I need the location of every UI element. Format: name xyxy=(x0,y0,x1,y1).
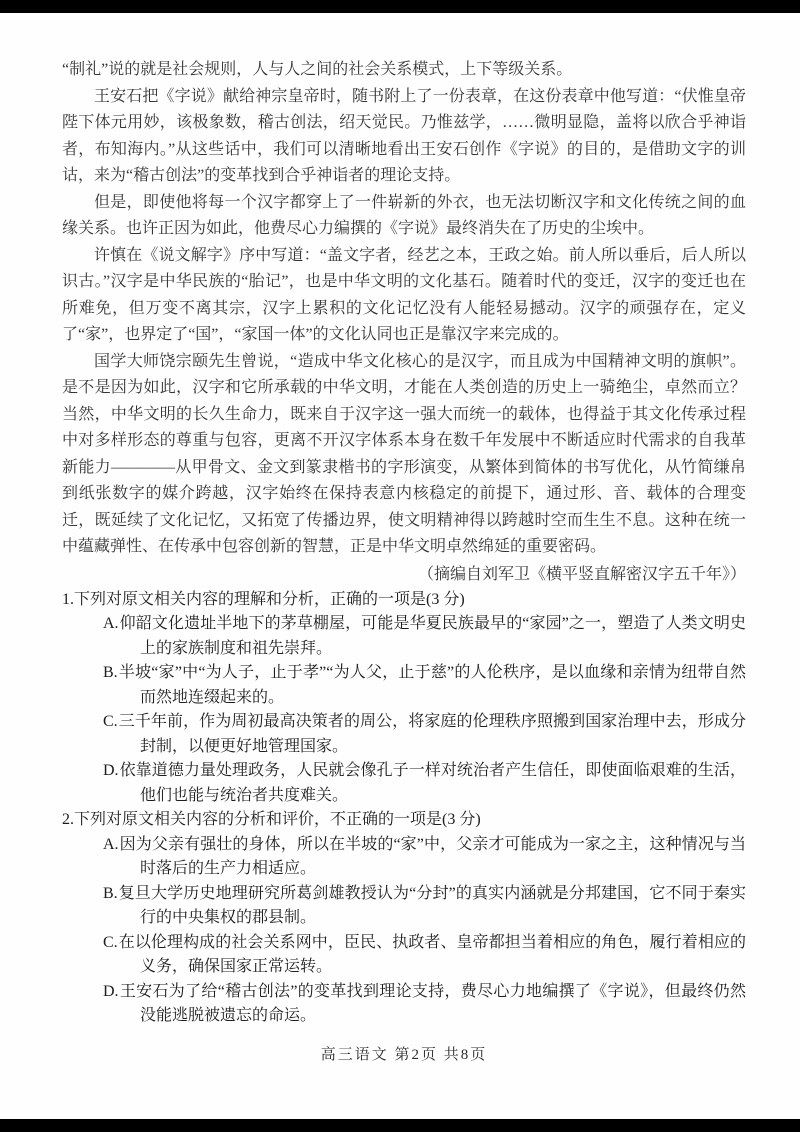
passage: “制礼”说的就是社会规则，人与人之间的社会关系模式，上下等级关系。王安石把《字说… xyxy=(62,57,746,561)
passage-paragraph: 王安石把《字说》献给神宗皇帝时，随书附上了一份表章，在这份表章中他写道：“伏惟皇… xyxy=(62,84,746,190)
question-1-option-a: A.仰韶文化遗址半地下的茅草棚屋，可能是华夏民族最早的“家园”之一，塑造了人类文… xyxy=(140,612,746,661)
passage-paragraph: 但是，即使他将每一个汉字都穿上了一件崭新的外衣，也无法切断汉字和文化传统之间的血… xyxy=(62,190,746,243)
question-1-option-b: B.半坡“家”中“为人子，止于孝”“为人父，止于慈”的人伦秩序，是以血缘和亲情为… xyxy=(140,661,746,710)
question-2-option-b: B.复旦大学历史地理研究所葛剑雄教授认为“分封”的真实内涵就是分邦建国，它不同于… xyxy=(140,882,746,931)
page-footer: 高三语文 第2页 共8页 xyxy=(62,1045,746,1065)
question-2-option-a: A.因为父亲有强壮的身体，所以在半坡的“家”中，父亲才可能成为一家之主，这种情况… xyxy=(140,833,746,882)
question-stem: 1.下列对原文相关内容的理解和分析，正确的一项是(3 分) xyxy=(62,588,746,613)
option-label: B. xyxy=(103,664,119,681)
passage-paragraph: 许慎在《说文解字》序中写道：“盖文字者，经艺之本，王政之始。前人所以垂后，后人所… xyxy=(62,243,746,349)
passage-paragraph: “制礼”说的就是社会规则，人与人之间的社会关系模式，上下等级关系。 xyxy=(62,57,746,84)
option-label: A. xyxy=(103,615,120,632)
option-text: 因为父亲有强壮的身体，所以在半坡的“家”中，父亲才可能成为一家之主，这种情况与当… xyxy=(120,836,746,878)
option-label: B. xyxy=(103,885,119,902)
question-2-option-d: D.王安石为了给“稽古创法”的变革找到理论支持，费尽心力地编撰了《字说》，但最终… xyxy=(140,980,746,1029)
exam-paper: “制礼”说的就是社会规则，人与人之间的社会关系模式，上下等级关系。王安石把《字说… xyxy=(0,13,800,1119)
question-1-option-c: C.三千年前，作为周初最高决策者的周公，将家庭的伦理秩序照搬到国家治理中去，形成… xyxy=(140,710,746,759)
option-text: 复旦大学历史地理研究所葛剑雄教授认为“分封”的真实内涵就是分邦建国，它不同于秦实… xyxy=(119,885,746,927)
option-label: A. xyxy=(103,836,120,853)
option-label: D. xyxy=(103,983,120,1000)
bottom-letterbox-bar xyxy=(0,1119,800,1132)
option-text: 三千年前，作为周初最高决策者的周公，将家庭的伦理秩序照搬到国家治理中去，形成分封… xyxy=(119,713,746,755)
passage-paragraph: 国学大师饶宗颐先生曾说，“造成中华文化核心的是汉字，而且成为中国精神文明的旗帜”… xyxy=(62,349,746,561)
option-text: 王安石为了给“稽古创法”的变革找到理论支持，费尽心力地编撰了《字说》，但最终仍然… xyxy=(120,983,746,1025)
questions-section: 1.下列对原文相关内容的理解和分析，正确的一项是(3 分)A.仰韶文化遗址半地下… xyxy=(62,588,746,1029)
top-letterbox-bar xyxy=(0,0,800,13)
option-label: C. xyxy=(103,934,119,951)
question-1: 1.下列对原文相关内容的理解和分析，正确的一项是(3 分)A.仰韶文化遗址半地下… xyxy=(62,588,746,809)
option-text: 在以伦理构成的社会关系网中，臣民、执政者、皇帝都担当着相应的角色，履行着相应的义… xyxy=(119,934,746,976)
passage-attribution: （摘编自刘军卫《横平竖直解密汉字五千年》） xyxy=(62,561,746,588)
option-label: D. xyxy=(103,762,120,779)
question-2: 2.下列对原文相关内容的分析和评价，不正确的一项是(3 分)A.因为父亲有强壮的… xyxy=(62,808,746,1029)
question-2-option-c: C.在以伦理构成的社会关系网中，臣民、执政者、皇帝都担当着相应的角色，履行着相应… xyxy=(140,931,746,980)
option-text: 仰韶文化遗址半地下的茅草棚屋，可能是华夏民族最早的“家园”之一，塑造了人类文明史… xyxy=(120,615,746,657)
option-label: C. xyxy=(103,713,119,730)
question-1-option-d: D.依靠道德力量处理政务，人民就会像孔子一样对统治者产生信任，即使面临艰难的生活… xyxy=(140,759,746,808)
question-stem: 2.下列对原文相关内容的分析和评价，不正确的一项是(3 分) xyxy=(62,808,746,833)
option-text: 半坡“家”中“为人子，止于孝”“为人父，止于慈”的人伦秩序，是以血缘和亲情为纽带… xyxy=(119,664,746,706)
option-text: 依靠道德力量处理政务，人民就会像孔子一样对统治者产生信任，即使面临艰难的生活，他… xyxy=(120,762,746,804)
scan-page: “制礼”说的就是社会规则，人与人之间的社会关系模式，上下等级关系。王安石把《字说… xyxy=(0,0,800,1132)
